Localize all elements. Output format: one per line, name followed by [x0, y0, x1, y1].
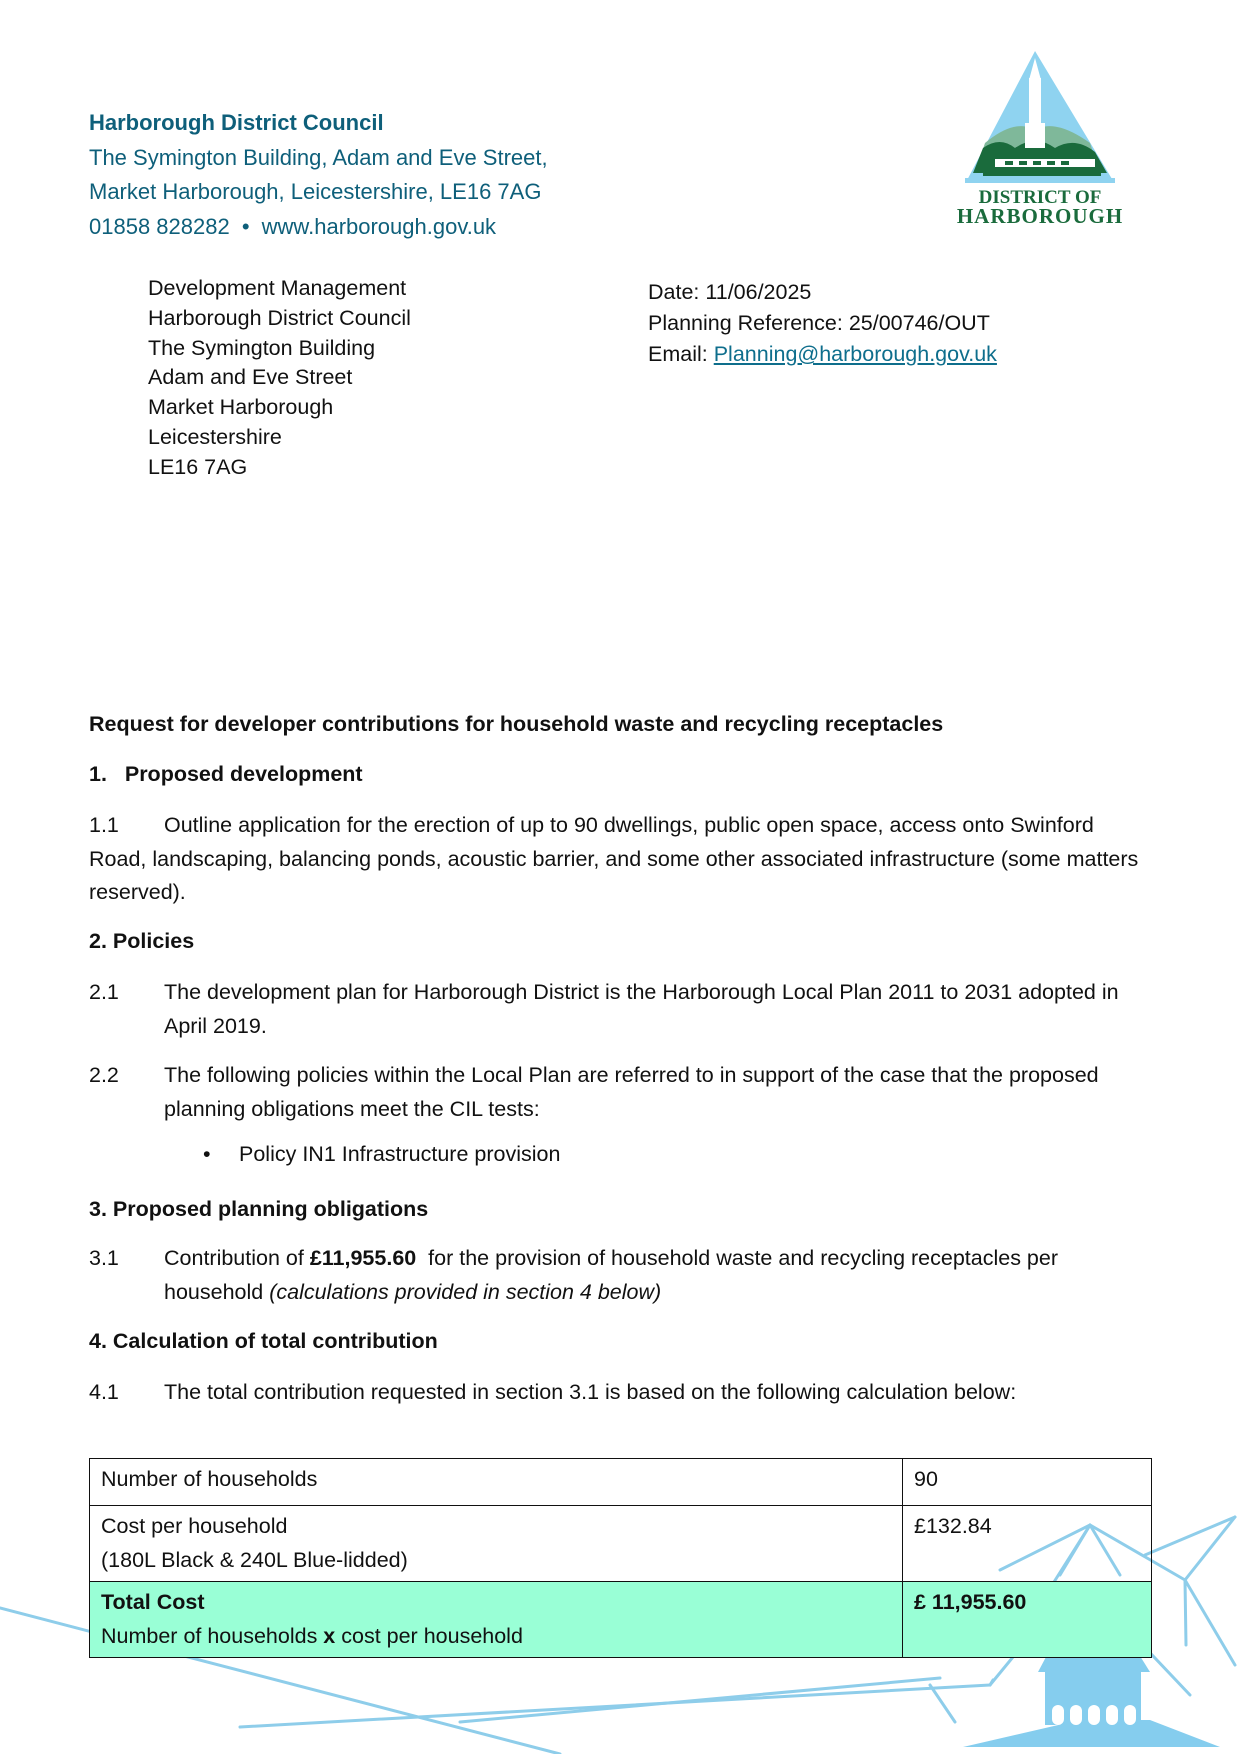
- calculation-table: Number of households 90 Cost per househo…: [89, 1458, 1152, 1658]
- date-line: Date: 11/06/2025: [648, 277, 997, 308]
- church-spire-logo-icon: DISTRICT OF HARBOROUGH: [955, 48, 1145, 228]
- document-title: Request for developer contributions for …: [89, 712, 943, 737]
- org-address-line-2: Market Harborough, Leicestershire, LE16 …: [89, 175, 548, 210]
- org-website[interactable]: www.harborough.gov.uk: [262, 214, 496, 239]
- text-run: cost per household: [335, 1624, 523, 1648]
- italic-note: (calculations provided in section 4 belo…: [269, 1280, 661, 1304]
- paragraph-text: The total contribution requested in sect…: [89, 1376, 1151, 1410]
- email-label: Email:: [648, 342, 708, 366]
- bullet-icon: •: [203, 1142, 211, 1167]
- paragraph-text: Outline application for the erection of …: [89, 809, 1151, 910]
- row-value: 90: [903, 1459, 1152, 1506]
- email-link[interactable]: Planning@harborough.gov.uk: [714, 342, 997, 366]
- recipient-line: Market Harborough: [148, 393, 411, 423]
- policy-item: Policy IN1 Infrastructure provision: [239, 1142, 560, 1167]
- recipient-line: Harborough District Council: [148, 304, 411, 334]
- recipient-address: Development Management Harborough Distri…: [148, 274, 411, 483]
- reference-value: 25/00746/OUT: [849, 311, 990, 335]
- total-title: Total Cost: [101, 1586, 891, 1620]
- paragraph-number: 3.1: [89, 1242, 119, 1276]
- org-address-line-1: The Symington Building, Adam and Eve Str…: [89, 141, 548, 176]
- reference-label: Planning Reference:: [648, 311, 843, 335]
- paragraph-4-1: 4.1 The total contribution requested in …: [89, 1376, 1151, 1410]
- org-contact: 01858 828282 • www.harborough.gov.uk: [89, 210, 548, 245]
- total-label: Total Cost Number of households x cost p…: [90, 1582, 903, 1658]
- row-label: Number of households: [90, 1459, 903, 1506]
- recipient-line: Leicestershire: [148, 423, 411, 453]
- section-1-heading: 1. Proposed development: [89, 762, 363, 787]
- date-label: Date:: [648, 280, 699, 304]
- paragraph-number: 4.1: [89, 1376, 119, 1410]
- letterhead: Harborough District Council The Symingto…: [89, 106, 548, 244]
- org-phone: 01858 828282: [89, 214, 230, 239]
- letter-meta: Date: 11/06/2025 Planning Reference: 25/…: [648, 277, 997, 370]
- email-line: Email: Planning@harborough.gov.uk: [648, 339, 997, 370]
- table-row: Cost per household (180L Black & 240L Bl…: [90, 1506, 1152, 1582]
- paragraph-3-1: 3.1 Contribution of £11,955.60 for the p…: [89, 1242, 1151, 1309]
- total-formula: Number of households x cost per househol…: [101, 1620, 891, 1654]
- label-text: Number of households: [101, 1463, 891, 1497]
- recipient-line: Adam and Eve Street: [148, 363, 411, 393]
- total-row: Total Cost Number of households x cost p…: [90, 1582, 1152, 1658]
- table-row: Number of households 90: [90, 1459, 1152, 1506]
- recipient-line: The Symington Building: [148, 334, 411, 364]
- council-logo: DISTRICT OF HARBOROUGH: [955, 48, 1145, 228]
- label-text: Cost per household: [101, 1510, 891, 1544]
- paragraph-2-1: 2.1 The development plan for Harborough …: [89, 976, 1151, 1043]
- date-value: 11/06/2025: [705, 280, 811, 304]
- section-4-heading: 4. Calculation of total contribution: [89, 1329, 438, 1354]
- section-3-heading: 3. Proposed planning obligations: [89, 1197, 428, 1222]
- recipient-line: LE16 7AG: [148, 453, 411, 483]
- paragraph-text: The development plan for Harborough Dist…: [89, 976, 1151, 1043]
- svg-text:HARBOROUGH: HARBOROUGH: [957, 204, 1123, 228]
- paragraph-2-2: 2.2 The following policies within the Lo…: [89, 1059, 1151, 1126]
- sublabel-text: (180L Black & 240L Blue-lidded): [101, 1544, 891, 1578]
- paragraph-text: Contribution of £11,955.60 for the provi…: [89, 1242, 1151, 1309]
- text-run: Number of households: [101, 1624, 323, 1648]
- text-run: Contribution of: [164, 1246, 310, 1270]
- multiply-operator: x: [323, 1624, 335, 1648]
- reference-line: Planning Reference: 25/00746/OUT: [648, 308, 997, 339]
- paragraph-text: The following policies within the Local …: [89, 1059, 1151, 1126]
- org-name: Harborough District Council: [89, 106, 548, 141]
- total-value: £ 11,955.60: [903, 1582, 1152, 1658]
- paragraph-1-1: 1.1 Outline application for the erection…: [89, 809, 1151, 910]
- separator-dot: •: [242, 214, 250, 239]
- section-2-heading: 2. Policies: [89, 929, 194, 954]
- paragraph-number: 2.2: [89, 1059, 119, 1093]
- row-label: Cost per household (180L Black & 240L Bl…: [90, 1506, 903, 1582]
- contribution-amount: £11,955.60: [310, 1246, 416, 1270]
- row-value: £132.84: [903, 1506, 1152, 1582]
- paragraph-number: 2.1: [89, 976, 119, 1010]
- recipient-line: Development Management: [148, 274, 411, 304]
- paragraph-number: 1.1: [89, 809, 119, 843]
